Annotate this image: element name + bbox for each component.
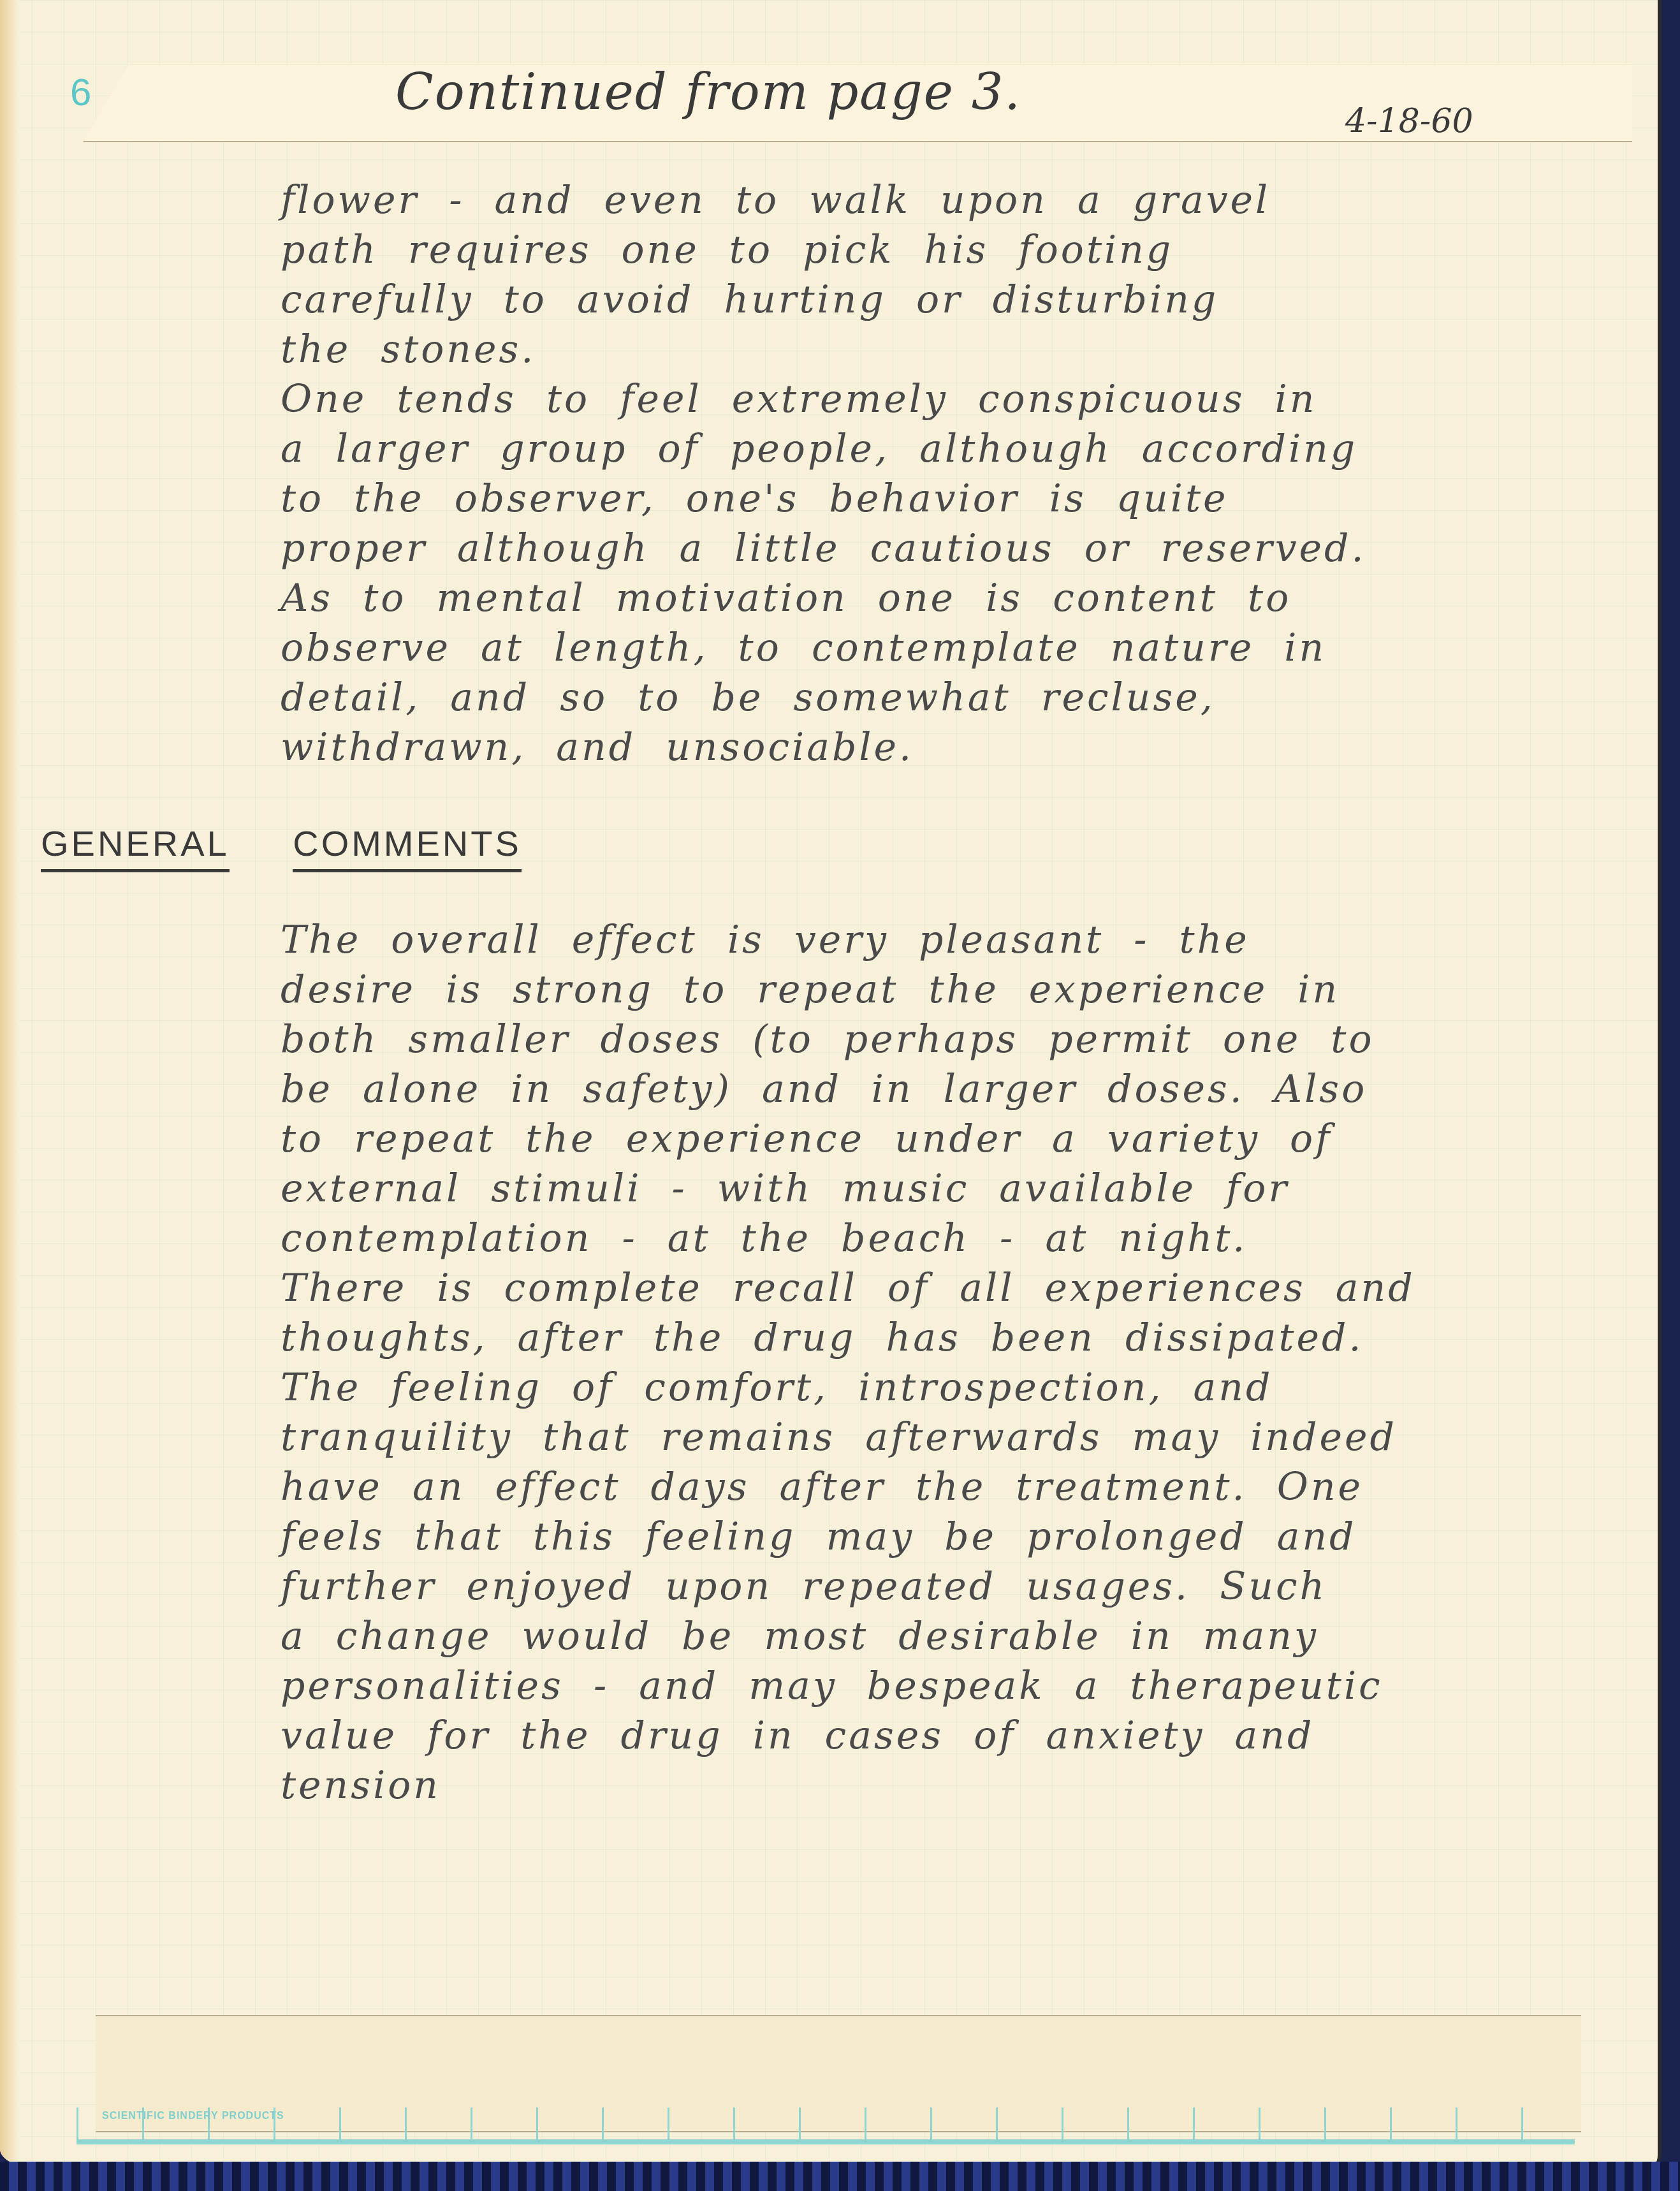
section-heading-word-comments: COMMENTS [293, 823, 522, 872]
printer-mark: SCIENTIFIC BINDERY PRODUCTS [102, 2111, 284, 2122]
entry-date: 4-18-60 [1345, 102, 1473, 140]
page-number: 6 [70, 70, 91, 114]
ruler-scale [77, 2107, 1575, 2144]
header-title: Continued from page 3. [395, 64, 1021, 121]
section-heading-word-general: GENERAL [41, 823, 230, 872]
notebook-cover [0, 2162, 1680, 2191]
section-heading: GENERAL COMMENTS [41, 823, 522, 872]
observation-paragraph: flower - and even to walk upon a gravel … [281, 175, 1619, 772]
notebook-page: 6 Continued from page 3. 4-18-60 flower … [0, 0, 1662, 2168]
page-edge [0, 0, 19, 2168]
general-comments-paragraph: The overall effect is very pleasant - th… [281, 915, 1619, 1810]
